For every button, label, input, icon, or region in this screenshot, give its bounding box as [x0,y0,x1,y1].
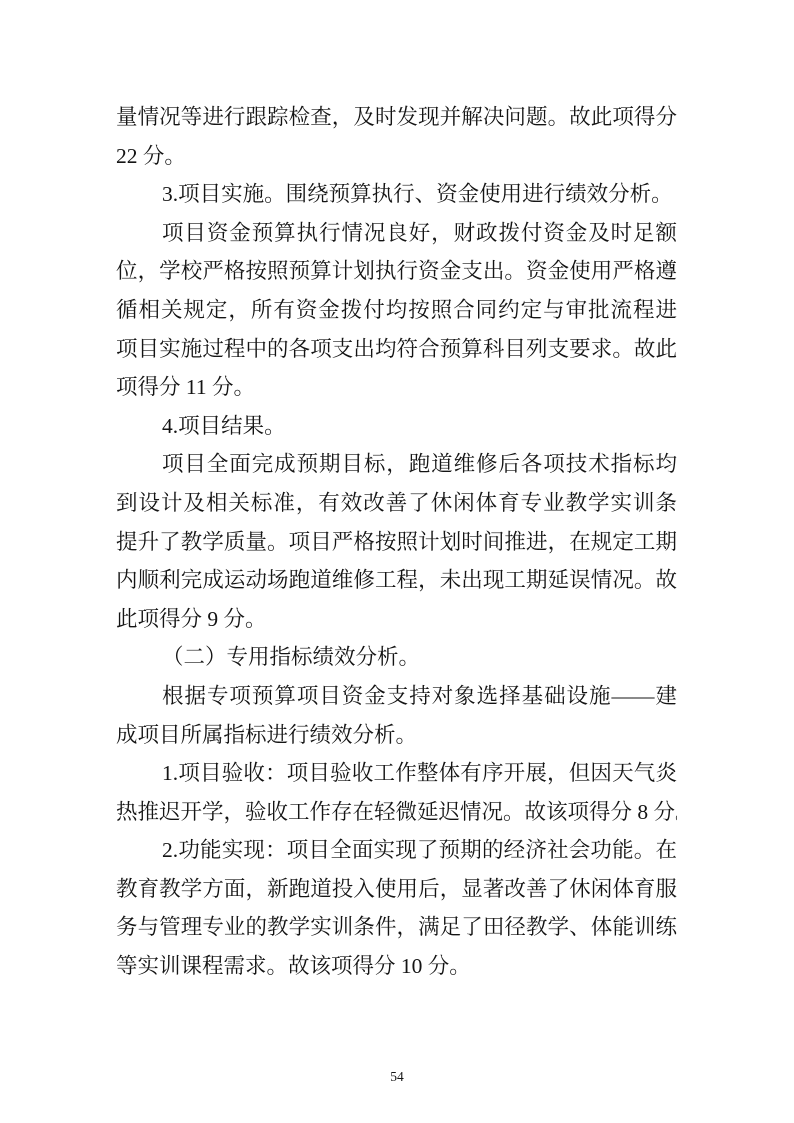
text-line: 热推迟开学，验收工作存在轻微延迟情况。故该项得分 8 分。 [116,793,677,832]
text-line: 等实训课程需求。故该项得分 10 分。 [116,947,677,986]
text-line: 项目资金预算执行情况良好，财政拨付资金及时足额到 [116,214,677,253]
text-line: 量情况等进行跟踪检查，及时发现并解决问题。故此项得分 [116,98,677,137]
text-line: 务与管理专业的教学实训条件，满足了田径教学、体能训练 [116,908,677,947]
text-line: 3.项目实施。围绕预算执行、资金使用进行绩效分析。 [116,175,677,214]
text-line: 内顺利完成运动场跑道维修工程，未出现工期延误情况。故 [116,561,677,600]
text-line: 此项得分 9 分。 [116,600,677,639]
text-line: 成项目所属指标进行绩效分析。 [116,716,677,755]
text-block: 量情况等进行跟踪检查，及时发现并解决问题。故此项得分22 分。3.项目实施。围绕… [116,98,677,986]
text-line: 根据专项预算项目资金支持对象选择基础设施——建 [116,677,677,716]
text-line: 项目实施过程中的各项支出均符合预算科目列支要求。故此 [116,330,677,369]
text-line: 项得分 11 分。 [116,368,677,407]
text-line: 22 分。 [116,137,677,176]
text-line: 到设计及相关标准，有效改善了休闲体育专业教学实训条件， [116,484,677,523]
text-line: 循相关规定，所有资金拨付均按照合同约定与审批流程进行， [116,291,677,330]
text-line: 1.项目验收：项目验收工作整体有序开展，但因天气炎 [116,754,677,793]
text-line: 位，学校严格按照预算计划执行资金支出。资金使用严格遵 [116,252,677,291]
text-line: 4.项目结果。 [116,407,677,446]
text-line: 项目全面完成预期目标，跑道维修后各项技术指标均达 [116,445,677,484]
text-line: （二）专用指标绩效分析。 [116,638,677,677]
document-page: 量情况等进行跟踪检查，及时发现并解决问题。故此项得分22 分。3.项目实施。围绕… [0,0,794,1123]
text-line: 教育教学方面，新跑道投入使用后，显著改善了休闲体育服 [116,870,677,909]
text-line: 2.功能实现：项目全面实现了预期的经济社会功能。在 [116,831,677,870]
text-line: 提升了教学质量。项目严格按照计划时间推进，在规定工期 [116,523,677,562]
page-number: 54 [0,1068,794,1086]
